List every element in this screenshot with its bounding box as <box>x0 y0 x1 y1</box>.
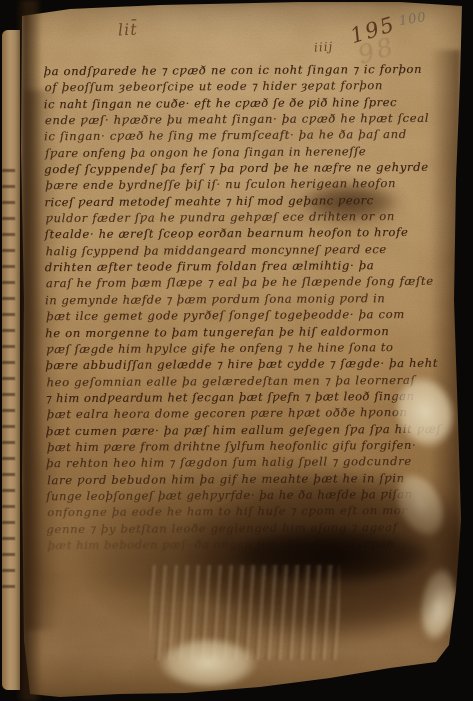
light-patch-right-edge <box>410 555 466 652</box>
folio-number-pencil: 100 <box>398 10 428 29</box>
manuscript-text-line: þæt ealra heora dome gecoren ƿære hƿæt o… <box>47 404 449 423</box>
manuscript-text-line: þæt ilce gemet gode ƿyrðeſ ſongeſ togeþe… <box>46 306 448 325</box>
manuscript-text-line: ſƿare onfeng þa ongon he ſona ſingan in … <box>45 142 447 161</box>
facing-page-edge <box>2 30 20 690</box>
bottom-wrinkles <box>150 565 340 660</box>
manuscript-text-line: halig ſcyppend þa middangeard moncynneſ … <box>46 241 448 260</box>
facing-page-ink-fragments <box>2 160 15 590</box>
light-patch-bottom-center <box>148 632 268 694</box>
quire-numeral: iiij <box>314 39 334 54</box>
manuscript-text-line: þære ende byrdneſſe þiſ iſ· nu ſculon he… <box>45 175 447 194</box>
manuscript-text-line: ƿæſ ſægde him hƿylce gife he onfeng ⁊ he… <box>46 339 448 358</box>
manuscript-text-line: ƿuldor fæder ſƿa he ƿundra gehƿæſ ece dr… <box>45 208 447 227</box>
library-mark: lit̄ <box>118 19 139 39</box>
parchment-page: þa ondſƿarede he ⁊ cƿæð ne con ic noht ſ… <box>0 0 473 701</box>
text-block: þa ondſƿarede he ⁊ cƿæð ne con ic noht ſ… <box>44 61 449 554</box>
manuscript-text-line: of þeoſſum ȝebeorſcipe ut eode ⁊ hider ȝ… <box>45 77 447 96</box>
manuscript-photo: þa ondſƿarede he ⁊ cƿæð ne con ic noht ſ… <box>0 0 473 701</box>
manuscript-text-line: þæt him beboden ƿæſ· ða ongan ſeo abbudi… <box>47 535 449 554</box>
manuscript-text-line: heo geſomnian ealle þa gelæredeſtan men … <box>46 371 448 390</box>
